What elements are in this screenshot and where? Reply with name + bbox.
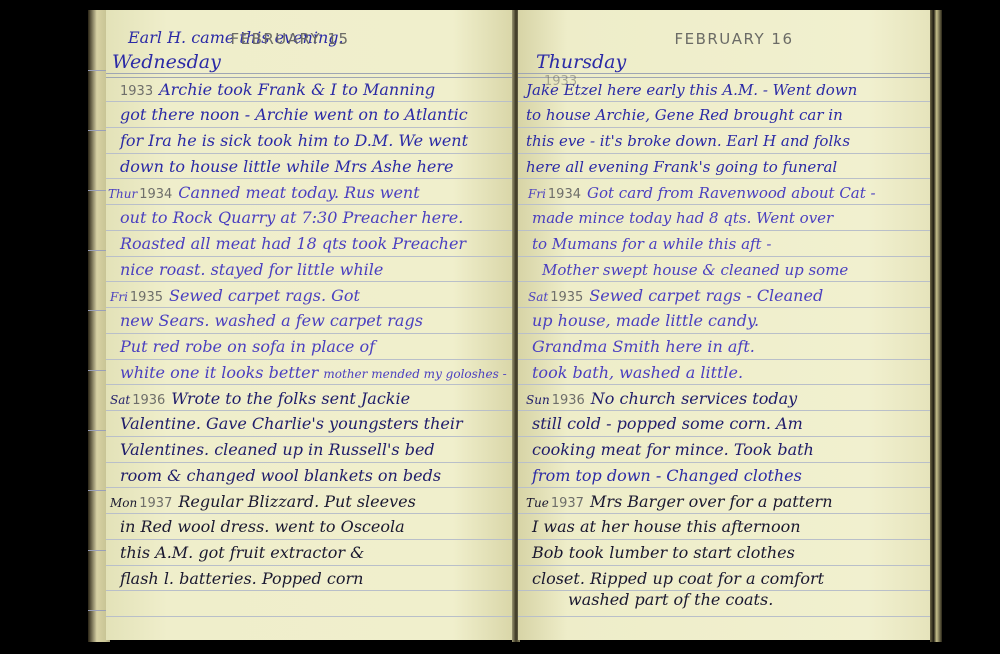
diary-page-february-15: Earl H. came this evening. FEBRUARY 15 W… <box>106 10 514 640</box>
weekday-abbrev: Tue <box>526 496 549 510</box>
year-label: 1933 <box>120 84 153 99</box>
right-page-edge <box>930 10 942 642</box>
weekday-abbrev: Sat <box>110 393 130 407</box>
entry-1934-line-4: Mother swept house & cleaned up some <box>542 260 922 280</box>
year-label: 1936 <box>552 393 585 408</box>
entry-1937-line-2: I was at her house this afternoon <box>532 517 922 537</box>
weekday-abbrev: Sun <box>526 393 550 407</box>
entry-1935-line-2: up house, made little candy. <box>532 311 922 331</box>
year-label: 1935 <box>550 290 583 305</box>
year-label: 1937 <box>551 496 584 511</box>
year-label: 1937 <box>139 496 172 511</box>
entry-1936-line-3: cooking meat for mince. Took bath <box>532 440 922 460</box>
year-label: 1933 <box>544 72 577 92</box>
date-heading: FEBRUARY 16 <box>528 30 930 48</box>
date-heading: FEBRUARY 15 <box>106 30 494 48</box>
entry-1933-line-4: down to house little while Mrs Ashe here <box>120 157 506 177</box>
weekday-abbrev: Fri <box>110 290 128 304</box>
year-label: 1936 <box>132 393 165 408</box>
entry-1937-line-4: flash l. batteries. Popped corn <box>120 569 506 589</box>
entry-1933-line-4: here all evening Frank's going to funera… <box>526 157 922 177</box>
entry-1937-line-3: Bob took lumber to start clothes <box>532 543 922 563</box>
entry-1937-line-1: Tue1937Mrs Barger over for a pattern <box>526 492 922 514</box>
entry-1936-line-4: room & changed wool blankets on beds <box>120 466 506 486</box>
entry-1933-line-3: for Ira he is sick took him to D.M. We w… <box>120 131 506 151</box>
entry-1934-line-2: out to Rock Quarry at 7:30 Preacher here… <box>120 208 506 228</box>
interlinear-insert: mother mended my goloshes - <box>323 367 506 381</box>
entry-1935-line-1: Fri1935Sewed carpet rags. Got <box>110 286 506 308</box>
entry-1936-line-2: still cold - popped some corn. Am <box>532 414 922 434</box>
entry-1936-line-1: Sat1936Wrote to the folks sent Jackie <box>110 389 506 411</box>
entry-1935-line-2: new Sears. washed a few carpet rags <box>120 311 506 331</box>
entry-1934-line-1: Fri1934Got card from Ravenwood about Cat… <box>528 183 922 205</box>
entry-1937-line-1: Mon1937Regular Blizzard. Put sleeves <box>110 492 506 514</box>
entry-1935-line-4: white one it looks better mother mended … <box>120 363 506 384</box>
entry-1933-line-1: 1933Jake Etzel here early this A.M. - We… <box>526 80 922 100</box>
weekday-label: Thursday <box>536 52 922 72</box>
entry-1937-line-5: washed part of the coats. <box>568 590 922 610</box>
entry-1933-line-2: got there noon - Archie went on to Atlan… <box>120 105 506 125</box>
entry-1936-line-4: from top down - Changed clothes <box>532 466 922 486</box>
entry-1933-line-2: to house Archie, Gene Red brought car in <box>526 105 922 125</box>
weekday-label: Wednesday <box>112 52 506 72</box>
entry-1937-line-4: closet. Ripped up coat for a comfort <box>532 569 922 589</box>
entry-1933-line-1: 1933Archie took Frank & I to Manning <box>120 80 506 102</box>
entry-1933-line-3: this eve - it's broke down. Earl H and f… <box>526 131 922 151</box>
diary-page-february-16: FEBRUARY 16 Thursday 1933Jake Etzel here… <box>518 10 930 640</box>
entry-1937-line-2: in Red wool dress. went to Osceola <box>120 517 506 537</box>
entry-1935-line-1: Sat1935Sewed carpet rags - Cleaned <box>528 286 922 308</box>
entry-1934-line-3: Roasted all meat had 18 qts took Preache… <box>120 234 506 254</box>
entry-1934-line-3: to Mumans for a while this aft - <box>532 234 922 254</box>
weekday-abbrev: Mon <box>110 496 137 510</box>
entry-1935-line-4: took bath, washed a little. <box>532 363 922 383</box>
year-label: 1934 <box>139 187 172 202</box>
weekday-abbrev: Sat <box>528 290 548 304</box>
entry-1934-line-4: nice roast. stayed for little while <box>120 260 506 280</box>
weekday-abbrev: Fri <box>528 187 546 201</box>
entry-1937-line-3: this A.M. got fruit extractor & <box>120 543 506 563</box>
year-label: 1935 <box>130 290 163 305</box>
weekday-abbrev: Thur <box>108 187 137 201</box>
entry-1934-line-1: Thur1934Canned meat today. Rus went <box>108 183 506 205</box>
entry-1936-line-2: Valentine. Gave Charlie's youngsters the… <box>120 414 506 434</box>
entry-1936-line-1: Sun1936No church services today <box>526 389 922 411</box>
entry-1935-line-3: Grandma Smith here in aft. <box>532 337 922 357</box>
year-label: 1934 <box>548 187 581 202</box>
entry-1935-line-3: Put red robe on sofa in place of <box>120 337 506 357</box>
entry-1934-line-2: made mince today had 8 qts. Went over <box>532 208 922 228</box>
entry-1936-line-3: Valentines. cleaned up in Russell's bed <box>120 440 506 460</box>
